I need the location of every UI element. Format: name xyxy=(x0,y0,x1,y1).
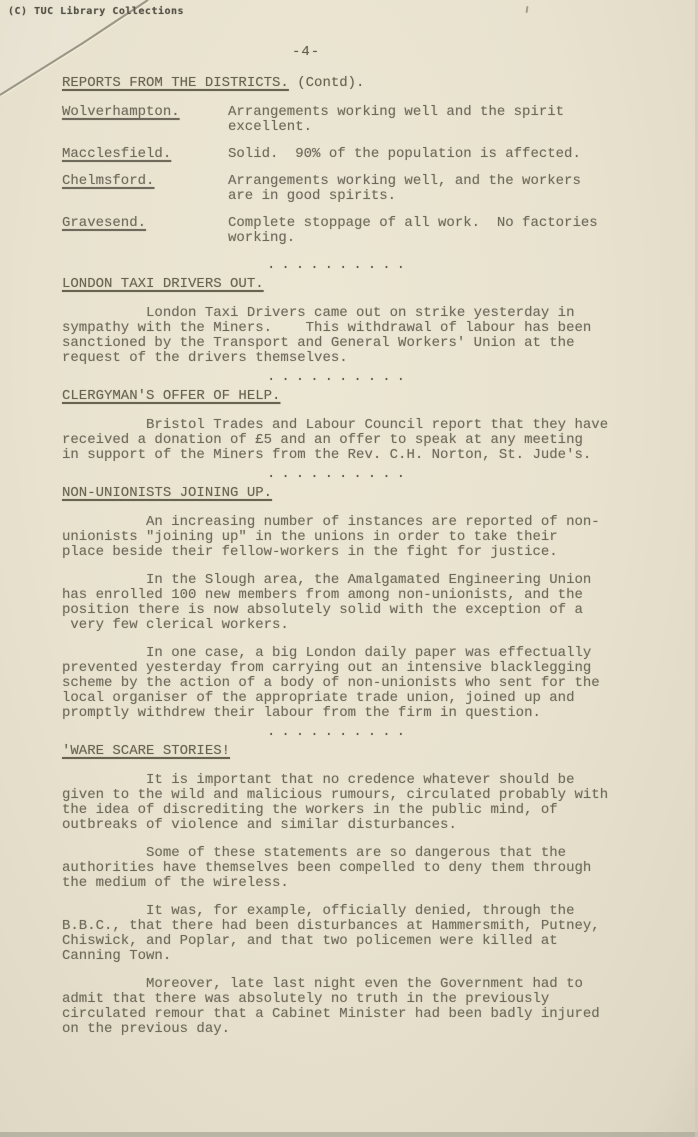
watermark: (C) TUC Library Collections xyxy=(8,6,184,17)
section-heading: LONDON TAXI DRIVERS OUT. xyxy=(62,276,264,292)
section-separator: .......... xyxy=(267,370,662,385)
section-non-unionists: NON-UNIONISTS JOINING UP. An increasing … xyxy=(62,486,662,721)
district-name: Wolverhampton. xyxy=(62,104,180,120)
section-clergyman-offer: CLERGYMAN'S OFFER OF HELP. Bristol Trade… xyxy=(62,389,662,463)
paragraph: Moreover, late last night even the Gover… xyxy=(62,977,662,1037)
paragraph: London Taxi Drivers came out on strike y… xyxy=(62,306,662,366)
paragraph: It was, for example, officially denied, … xyxy=(62,904,662,964)
scan-artifact xyxy=(526,6,529,13)
paragraph: Some of these statements are so dangerou… xyxy=(62,846,662,891)
paragraph: Bristol Trades and Labour Council report… xyxy=(62,418,662,463)
section-london-taxi: LONDON TAXI DRIVERS OUT. London Taxi Dri… xyxy=(62,277,662,366)
section-separator: .......... xyxy=(267,725,662,740)
district-name: Gravesend. xyxy=(62,215,146,231)
section-heading: CLERGYMAN'S OFFER OF HELP. xyxy=(62,388,280,404)
district-row-wolverhampton: Wolverhampton. Arrangements working well… xyxy=(62,105,662,135)
district-report: Solid. 90% of the population is affected… xyxy=(228,147,581,162)
district-report: Complete stoppage of all work. No factor… xyxy=(228,216,598,246)
section-heading: 'WARE SCARE STORIES! xyxy=(62,743,230,759)
district-report: Arrangements working well, and the worke… xyxy=(228,174,581,204)
district-row-gravesend: Gravesend. Complete stoppage of all work… xyxy=(62,216,662,246)
section-separator: .......... xyxy=(267,258,662,273)
paragraph: In one case, a big London daily paper wa… xyxy=(62,646,662,721)
paragraph: In the Slough area, the Amalgamated Engi… xyxy=(62,573,662,633)
section-heading-reports: REPORTS FROM THE DISTRICTS. (Contd). xyxy=(62,76,662,91)
section-ware-scare-stories: 'WARE SCARE STORIES! It is important tha… xyxy=(62,744,662,1037)
paragraph: It is important that no credence whateve… xyxy=(62,773,662,833)
section-heading: NON-UNIONISTS JOINING UP. xyxy=(62,485,272,501)
document-page: (C) TUC Library Collections -4- REPORTS … xyxy=(0,0,698,1137)
district-name: Macclesfield. xyxy=(62,146,171,162)
page-bottom-edge xyxy=(0,1132,698,1137)
district-row-chelmsford: Chelmsford. Arrangements working well, a… xyxy=(62,174,662,204)
district-report: Arrangements working well and the spirit… xyxy=(228,105,564,135)
district-name: Chelmsford. xyxy=(62,173,154,189)
paragraph: An increasing number of instances are re… xyxy=(62,515,662,560)
section-heading-reports-title: REPORTS FROM THE DISTRICTS. xyxy=(62,75,289,91)
document-content: REPORTS FROM THE DISTRICTS. (Contd). Wol… xyxy=(62,76,662,1037)
page-number: -4- xyxy=(292,44,320,60)
section-heading-reports-contd: (Contd). xyxy=(289,75,365,91)
district-row-macclesfield: Macclesfield. Solid. 90% of the populati… xyxy=(62,147,662,162)
section-separator: .......... xyxy=(267,467,662,482)
